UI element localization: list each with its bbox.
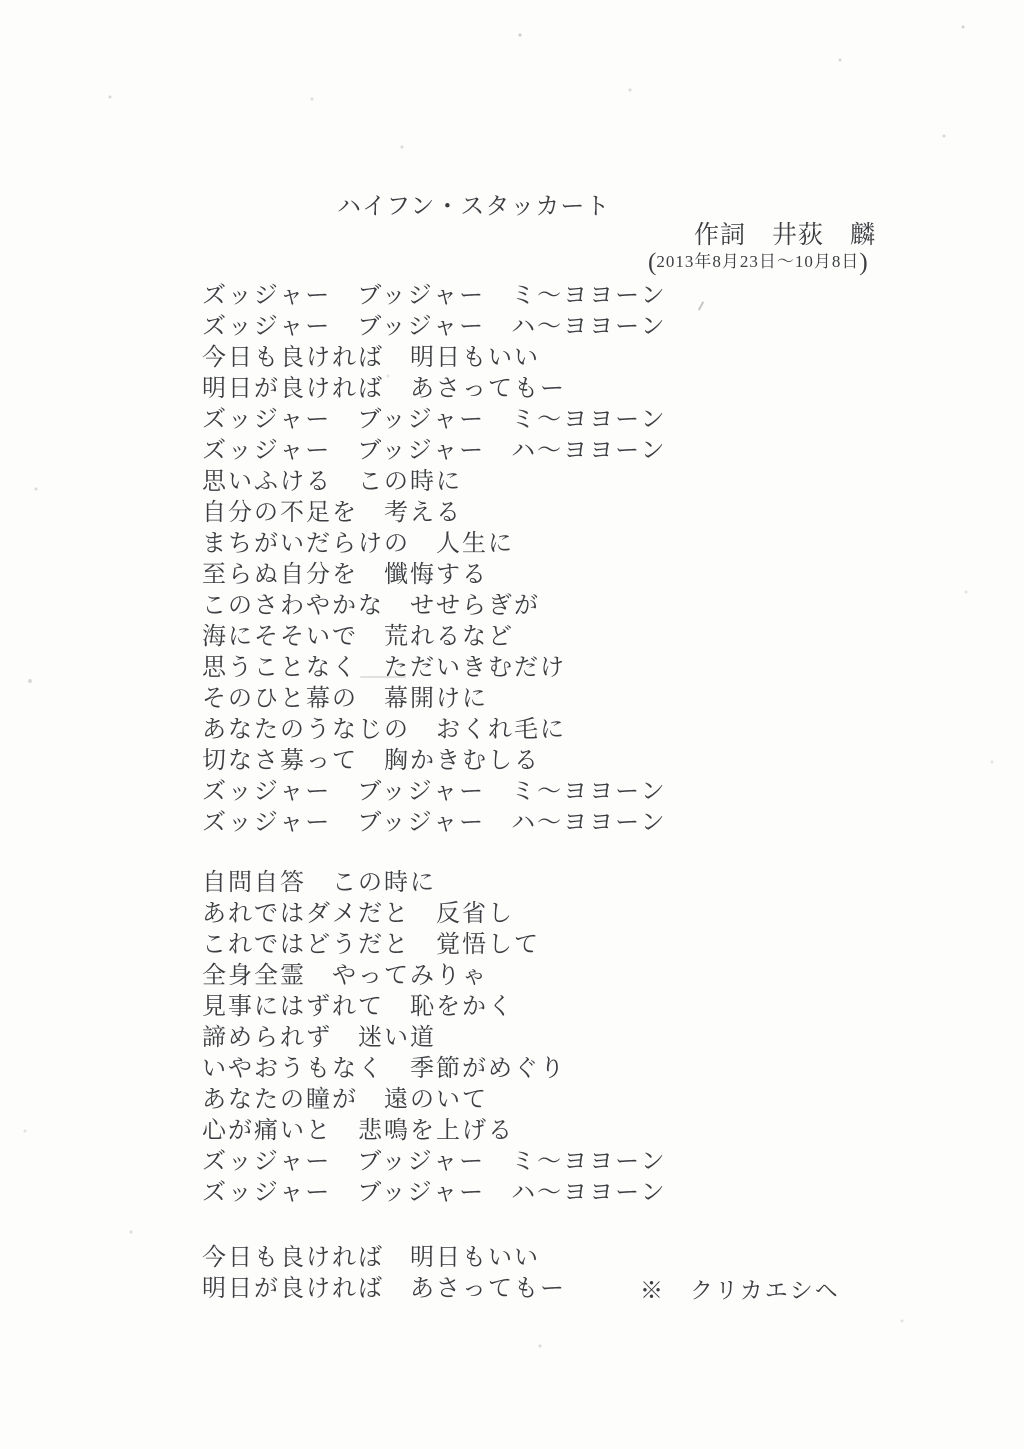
lyric-line: 今日も良ければ 明日もいい (202, 1243, 667, 1274)
lyric-line-with-repeat-note: 明日が良ければ あさってもー ※ クリカエシヘ (202, 1274, 667, 1305)
date-text: 2013年8月23日～10月8日 (656, 252, 859, 271)
lyric-line: 明日が良ければ あさってもー (202, 374, 667, 405)
lyric-line: あれではダメだと 反省し (202, 899, 667, 930)
stanza-3: 今日も良ければ 明日もいい 明日が良ければ あさってもー ※ クリカエシヘ (202, 1243, 667, 1305)
repeat-marker: ※ クリカエシヘ (640, 1275, 840, 1306)
lyric-line: ズッジャー ブッジャー ミ～ヨヨーン (202, 777, 667, 808)
lyric-line: ズッジャー ブッジャー ミ～ヨヨーン (202, 281, 667, 312)
lyric-line: 自分の不足を 考える (202, 498, 667, 529)
scan-artifact (360, 676, 406, 678)
lyric-line: ズッジャー ブッジャー ミ～ヨヨーン (202, 405, 667, 436)
lyric-line: 思うことなく ただいきむだけ (202, 653, 667, 684)
song-title: ハイフン・スタッカート (337, 186, 610, 221)
lyric-line: このさわやかな せせらぎが (202, 591, 667, 622)
lyric-line: いやおうもなく 季節がめぐり (202, 1054, 667, 1085)
lyric-line: これではどうだと 覚悟して (202, 930, 667, 961)
lyric-line: そのひと幕の 幕開けに (202, 684, 667, 715)
lyric-line: 諦められず 迷い道 (202, 1023, 667, 1054)
date-close-paren: ) (859, 249, 867, 276)
lyricist-credit: 作詞 井荻 麟 (694, 215, 876, 251)
lyric-line: 思いふける この時に (202, 467, 667, 498)
lyrics-body: ズッジャー ブッジャー ミ～ヨヨーン ズッジャー ブッジャー ハ～ヨヨーン 今日… (202, 281, 667, 1305)
scanned-lyric-sheet: ハイフン・スタッカート 作詞 井荻 麟 (2013年8月23日～10月8日) ズ… (0, 0, 1024, 1449)
scan-artifact (698, 301, 704, 311)
lyric-line: ズッジャー ブッジャー ハ～ヨヨーン (202, 436, 667, 467)
lyric-line: 今日も良ければ 明日もいい (202, 343, 667, 374)
lyric-line: 至らぬ自分を 懺悔する (202, 560, 667, 591)
lyric-line: 海にそそいで 荒れるなど (202, 622, 667, 653)
lyric-line: あなたのうなじの おくれ毛に (202, 715, 667, 746)
lyric-line: ズッジャー ブッジャー ミ～ヨヨーン (202, 1147, 667, 1178)
composition-date: (2013年8月23日～10月8日) (648, 247, 868, 272)
lyric-line: あなたの瞳が 遠のいて (202, 1085, 667, 1116)
lyric-line: ズッジャー ブッジャー ハ～ヨヨーン (202, 1178, 667, 1209)
lyric-line: まちがいだらけの 人生に (202, 529, 667, 560)
lyric-line: ズッジャー ブッジャー ハ～ヨヨーン (202, 808, 667, 839)
lyric-line: 全身全霊 やってみりゃ (202, 961, 667, 992)
lyric-line: 切なさ募って 胸かきむしる (202, 746, 667, 777)
lyric-line: 見事にはずれて 恥をかく (202, 992, 667, 1023)
stanza-1: ズッジャー ブッジャー ミ～ヨヨーン ズッジャー ブッジャー ハ～ヨヨーン 今日… (202, 281, 667, 839)
stanza-2: 自問自答 この時に あれではダメだと 反省し これではどうだと 覚悟して 全身全… (202, 868, 667, 1209)
lyric-line: 心が痛いと 悲鳴を上げる (202, 1116, 667, 1147)
lyric-line: ズッジャー ブッジャー ハ～ヨヨーン (202, 312, 667, 343)
lyric-line: 明日が良ければ あさってもー (202, 1276, 566, 1302)
lyric-line: 自問自答 この時に (202, 868, 667, 899)
